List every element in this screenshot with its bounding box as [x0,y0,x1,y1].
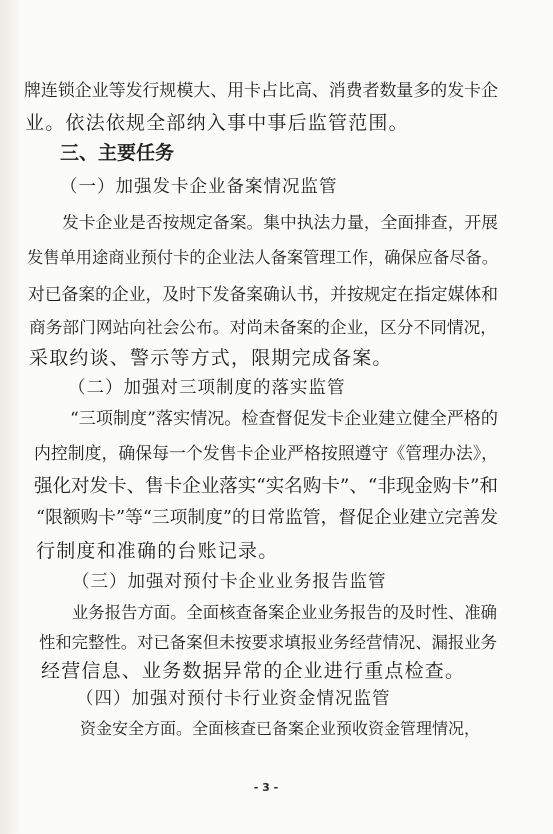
paragraph-line: 业务报告方面。全面核查备案企业业务报告的及时性、准确 [72,601,497,625]
paragraph-line: 发卡企业是否按规定备案。集中执法力量，全面排查，开展 [62,210,498,234]
paragraph-line: 发售单用途商业预付卡的企业法人备案管理工作，确保应备尽备。 [27,246,498,270]
paragraph-line: 牌连锁企业等发行规模大、用卡占比高、消费者数量多的发卡企 [24,78,498,102]
paragraph-line: 业。依法依规全部纳入事中事后监管范围。 [25,111,405,135]
paragraph-line: 经营信息、业务数据异常的企业进行重点检查。 [41,659,361,683]
paragraph-line: 采取约谈、警示等方式，限期完成备案。 [29,346,329,370]
paragraph-line: 行制度和准确的台账记录。 [36,539,256,563]
paragraph-line: “三项制度”落实情况。检查督促发卡企业建立健全严格的 [70,407,498,431]
subsection-heading: （一）加强发卡企业备案情况监管 [60,175,340,199]
section-heading: 三、主要任务 [60,141,260,165]
subsection-heading: （四）加强对预付卡行业资金情况监管 [76,687,406,711]
paragraph-line: 内控制度，确保每一个发售卡企业严格按照遵守《管理办法》， [34,441,498,465]
paragraph-line: 商务部门网站向社会公布。对尚未备案的企业，区分不同情况， [29,315,497,339]
page-number: - 3 - [246,781,286,794]
paragraph-line: 资金安全方面。全面核查已备案企业预收资金管理情况， [80,717,480,741]
document-page: 牌连锁企业等发行规模大、用卡占比高、消费者数量多的发卡企 业。依法依规全部纳入事… [0,0,553,834]
paragraph-line: 性和完整性。对已备案但未按要求填报业务经营情况、漏报业务 [39,631,497,655]
paragraph-line: “限额购卡”等“三项制度”的日常监管，督促企业建立完善发 [36,506,498,530]
paragraph-line: 强化对发卡、售卡企业落实“实名购卡”、“非现金购卡”和 [34,475,498,499]
subsection-heading: （三）加强对预付卡企业业务报告监管 [72,570,402,594]
paragraph-line: 对已备案的企业，及时下发备案确认书，并按规定在指定媒体和 [28,282,498,306]
subsection-heading: （二）加强对三项制度的落实监管 [68,376,368,400]
